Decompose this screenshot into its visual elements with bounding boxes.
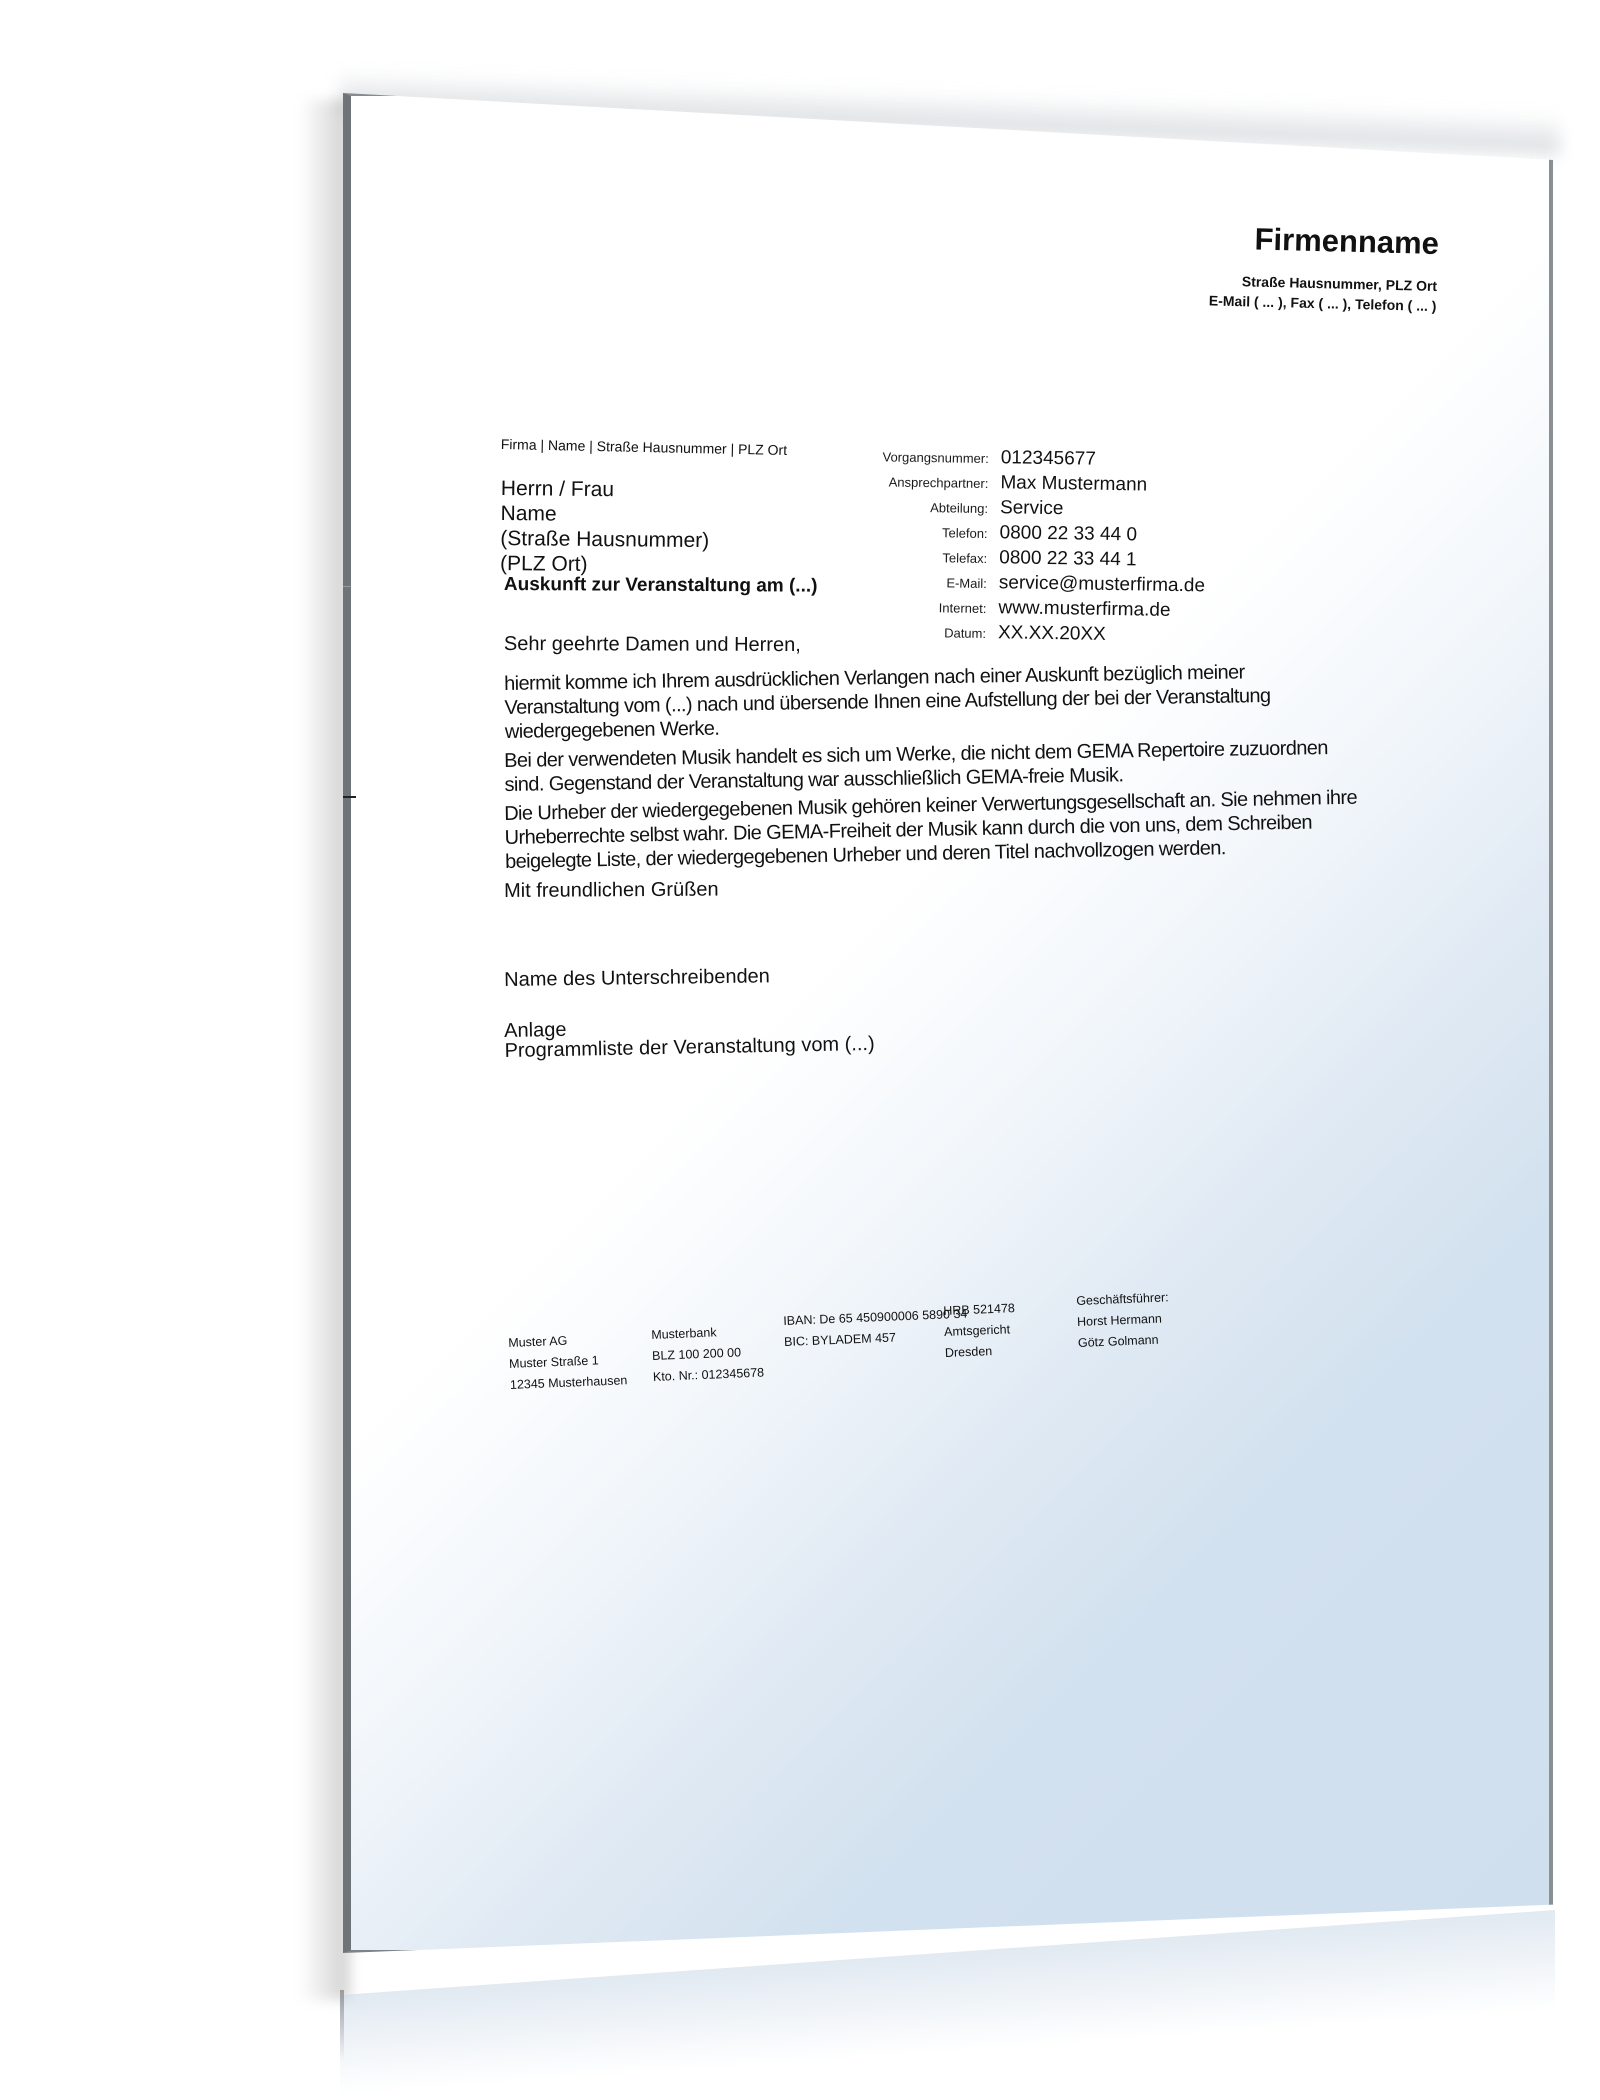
info-label: Vorgangsnummer: xyxy=(796,448,1001,466)
attachment-block: Anlage Programmliste der Veranstaltung v… xyxy=(504,1004,1405,1061)
footer-line: Amtsgericht xyxy=(944,1322,1016,1346)
document-preview-stage: Firmenname Straße Hausnummer, PLZ Ort E-… xyxy=(0,0,1600,2100)
letter-subject: Auskunft zur Veranstaltung am (...) xyxy=(504,574,818,598)
recipient-street: (Straße Hausnummer) xyxy=(500,526,709,553)
footer-management: Geschäftsführer: Horst Hermann Götz Golm… xyxy=(1076,1290,1171,1357)
company-name: Firmenname xyxy=(1254,221,1439,261)
reference-info-block: Vorgangsnummer: 012345677 Ansprechpartne… xyxy=(793,444,1207,650)
footer-line: Dresden xyxy=(945,1343,1017,1367)
info-value: www.musterfirma.de xyxy=(998,597,1170,622)
info-label: E-Mail: xyxy=(794,573,999,591)
sheet-reflection-edge xyxy=(340,1990,344,2060)
letter-salutation: Sehr geehrte Damen und Herren, xyxy=(504,632,1404,659)
info-label: Telefax: xyxy=(794,548,999,566)
info-value: Max Mustermann xyxy=(1000,472,1147,496)
footer-iban: IBAN: De 65 450900006 5890 34 BIC: BYLAD… xyxy=(783,1307,969,1356)
letter-paragraph-1: hiermit komme ich Ihrem ausdrücklichen V… xyxy=(504,658,1405,744)
sheet-shadow-left xyxy=(300,100,350,2000)
info-value: 0800 22 33 44 0 xyxy=(999,522,1137,546)
recipient-name: Name xyxy=(500,501,709,528)
letter-paragraph-3: Die Urheber der wiedergegebenen Musik ge… xyxy=(504,785,1405,874)
letter-sheet: Firmenname Straße Hausnummer, PLZ Ort E-… xyxy=(343,93,1553,1953)
info-value: 012345677 xyxy=(1001,447,1096,470)
footer-line: Kto. Nr.: 012345678 xyxy=(653,1366,765,1391)
info-label: Telefon: xyxy=(795,523,1000,541)
company-address: Straße Hausnummer, PLZ Ort xyxy=(1241,273,1437,294)
letter-closing: Mit freundlichen Grüßen xyxy=(504,873,1404,903)
info-label: Internet: xyxy=(793,598,998,616)
info-label: Abteilung: xyxy=(795,498,1000,516)
return-address-line: Firma | Name | Straße Hausnummer | PLZ O… xyxy=(501,436,788,458)
footer-bank: Musterbank BLZ 100 200 00 Kto. Nr.: 0123… xyxy=(651,1324,765,1391)
info-label: Ansprechpartner: xyxy=(795,473,1000,491)
footer-company: Muster AG Muster Straße 1 12345 Musterha… xyxy=(508,1331,628,1399)
info-value: Service xyxy=(1000,497,1064,520)
recipient-salutation: Herrn / Frau xyxy=(501,476,710,503)
footer-line: 12345 Musterhausen xyxy=(510,1373,628,1399)
signer-name: Name des Unterschreibenden xyxy=(504,955,1404,992)
footer-line: HRB 521478 xyxy=(943,1301,1015,1325)
info-value: service@musterfirma.de xyxy=(999,572,1205,597)
recipient-address: Herrn / Frau Name (Straße Hausnummer) (P… xyxy=(500,476,710,578)
footer-register: HRB 521478 Amtsgericht Dresden xyxy=(943,1301,1017,1367)
footer-line: Götz Golmann xyxy=(1078,1332,1171,1357)
company-contact: E-Mail ( ... ), Fax ( ... ), Telefon ( .… xyxy=(1209,292,1437,314)
info-value: 0800 22 33 44 1 xyxy=(999,547,1137,571)
